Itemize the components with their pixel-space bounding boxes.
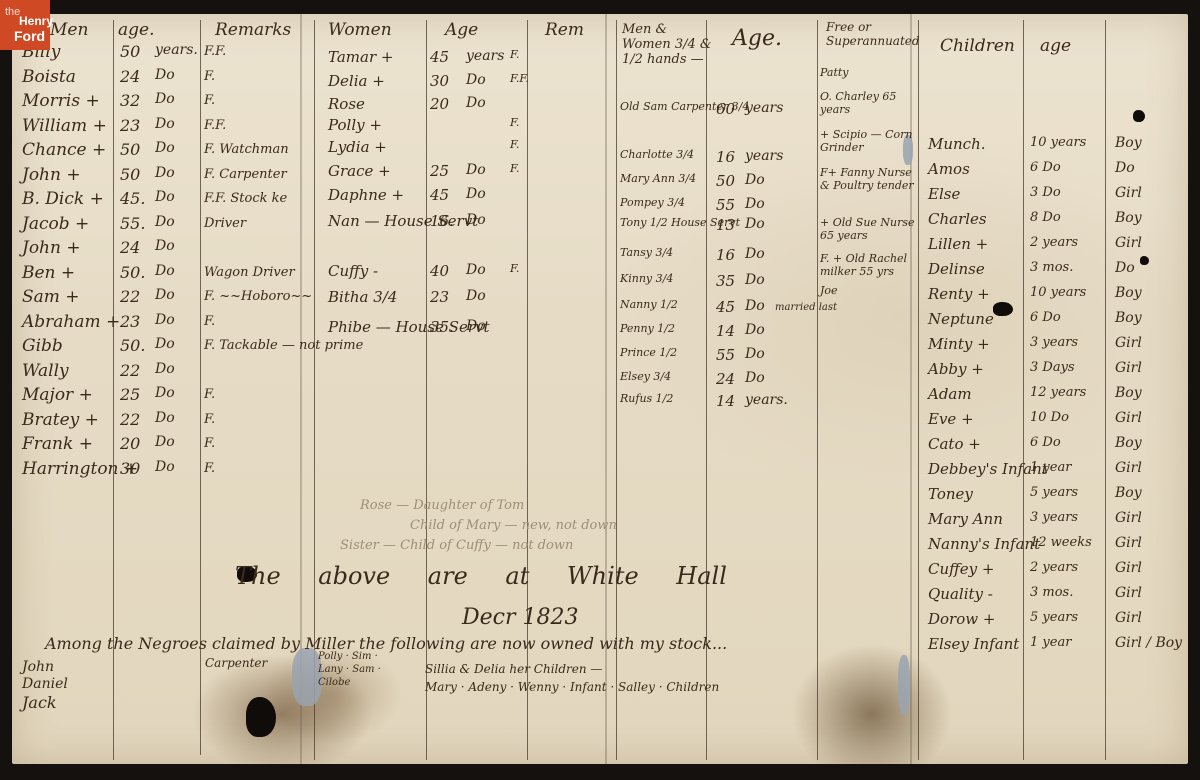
child-age: 3 Do <box>1030 185 1061 200</box>
child-sex: Boy <box>1115 310 1142 326</box>
man-name: Frank + <box>22 434 93 454</box>
logo-the: the <box>5 6 20 18</box>
man-age-unit: years. <box>155 42 198 58</box>
logo-henry: Henry <box>19 14 53 28</box>
woman-name: Delia + <box>328 72 385 90</box>
superannuated-header: Free or Superannuated <box>826 20 916 48</box>
man-name: Wally <box>22 361 69 381</box>
woman-age-unit: Do <box>466 288 486 304</box>
woman-name: Grace + <box>328 162 391 180</box>
superannuated-entry: Patty <box>820 66 915 79</box>
man-name: Morris + <box>22 91 100 111</box>
man-age-unit: Do <box>155 434 175 450</box>
man-age: 50 <box>120 165 140 184</box>
child-name: Neptune <box>928 310 994 328</box>
woman-age-unit: years <box>466 48 504 64</box>
woman-age: 16. <box>430 212 454 230</box>
woman-age: 35. <box>430 318 454 336</box>
man-age-unit: Do <box>155 67 175 83</box>
woman-name: Bitha 3/4 <box>328 288 397 306</box>
man-age: 30 <box>120 459 140 478</box>
men-age-header: age. <box>118 20 154 40</box>
partial-hand-name: Tansy 3/4 <box>620 246 673 259</box>
column-rule <box>817 20 818 760</box>
child-age: 5 years <box>1030 485 1078 500</box>
man-remark: F.F. Stock ke <box>204 191 287 206</box>
partial-hand-name: Rufus 1/2 <box>620 392 673 405</box>
child-name: Cato + <box>928 435 981 453</box>
partial-hand-age: 14 <box>716 392 735 410</box>
child-age: 6 Do <box>1030 435 1061 450</box>
child-sex: Girl <box>1115 235 1142 251</box>
man-remark: F. Tackable — not prime <box>204 338 363 353</box>
paper-hole <box>1133 110 1145 122</box>
child-age: 3 years <box>1030 335 1078 350</box>
man-remark: F. <box>204 93 215 108</box>
partial-hand-age: 13 <box>716 216 735 234</box>
man-age: 23 <box>120 312 140 331</box>
child-age: 5 years <box>1030 610 1078 625</box>
child-name: Mary Ann <box>928 510 1003 528</box>
child-name: Cuffey + <box>928 560 994 578</box>
woman-age-unit: Do <box>466 318 486 334</box>
man-remark: F. Watchman <box>204 142 289 157</box>
child-sex: Do <box>1115 160 1135 176</box>
column-rule <box>1105 20 1106 760</box>
partial-hand-name: Elsey 3/4 <box>620 370 671 383</box>
sillia-line: Sillia & Delia her Children — <box>425 662 602 676</box>
child-sex: Girl <box>1115 535 1142 551</box>
partial-age-header: Age. <box>732 26 782 51</box>
woman-age-unit: Do <box>466 212 486 228</box>
partial-hand-name: Mary Ann 3/4 <box>620 172 696 185</box>
child-sex: Boy <box>1115 485 1142 501</box>
man-age-unit: Do <box>155 287 175 303</box>
child-age: 12 weeks <box>1030 535 1092 550</box>
children-age-header: age <box>1040 36 1071 56</box>
partial-hand-age-unit: Do <box>745 370 765 386</box>
partial-hand-age-unit: Do <box>745 322 765 338</box>
child-name: Toney <box>928 485 973 503</box>
children-line: Mary · Adeny · Wenny · Infant · Salley ·… <box>425 680 719 694</box>
paper-hole <box>1140 256 1149 265</box>
partial-hand-age: 50 <box>716 172 735 190</box>
claim-name: Jack <box>22 693 57 712</box>
child-name: Else <box>928 185 960 203</box>
man-name: William + <box>22 116 107 136</box>
column-rule <box>918 20 919 760</box>
logo-ford: Ford <box>14 28 45 44</box>
woman-name: Polly + <box>328 116 382 134</box>
partial-hand-name: Penny 1/2 <box>620 322 675 335</box>
child-sex: Do <box>1115 260 1135 276</box>
child-sex: Girl <box>1115 610 1142 626</box>
partial-hand-name: Pompey 3/4 <box>620 196 685 209</box>
woman-remark: F. <box>510 162 519 175</box>
woman-remark: F.F. <box>510 72 529 85</box>
location-line: The above are at White Hall <box>235 562 727 590</box>
child-age: 10 years <box>1030 285 1086 300</box>
partial-hand-age-unit: Do <box>745 346 765 362</box>
partial-hand-age: 16 <box>716 148 735 166</box>
partial-hand-age-unit: years <box>745 100 783 116</box>
child-name: Abby + <box>928 360 984 378</box>
superannuated-entry: O. Charley 65 years <box>820 90 915 116</box>
partial-hand-name: Nanny 1/2 <box>620 298 678 311</box>
child-age: 3 mos. <box>1030 260 1073 275</box>
paper-repair <box>898 655 910 715</box>
man-age: 20 <box>120 434 140 453</box>
date-line: Decr 1823 <box>462 605 578 630</box>
partial-hand-name: Kinny 3/4 <box>620 272 673 285</box>
child-name: Dorow + <box>928 610 995 628</box>
woman-name: Cuffy - <box>328 262 378 280</box>
column-rule <box>1023 20 1024 760</box>
superannuated-entry: + Old Sue Nurse 65 years <box>820 216 915 242</box>
child-name: Minty + <box>928 335 990 353</box>
woman-age-unit: Do <box>466 95 486 111</box>
man-age: 22 <box>120 287 140 306</box>
man-age: 50 <box>120 140 140 159</box>
child-sex: Boy <box>1115 285 1142 301</box>
man-age: 24 <box>120 67 140 86</box>
child-age: 6 Do <box>1030 310 1061 325</box>
man-name: Bratey + <box>22 410 99 430</box>
paper-hole <box>246 697 276 737</box>
partial-hands-header: Men & Women 3/4 & 1/2 hands — <box>622 22 712 67</box>
woman-age: 40 <box>430 262 449 280</box>
man-age: 22 <box>120 410 140 429</box>
man-age-unit: Do <box>155 312 175 328</box>
child-name: Elsey Infant <box>928 635 1019 653</box>
woman-age: 45 <box>430 186 449 204</box>
child-name: Nanny's Infant <box>928 535 1040 553</box>
child-sex: Girl <box>1115 185 1142 201</box>
man-age-unit: Do <box>155 361 175 377</box>
partial-hand-age: 16 <box>716 246 735 264</box>
women-remarks-header: Rem <box>545 20 584 40</box>
child-sex: Girl <box>1115 560 1142 576</box>
man-age: 55. <box>120 214 145 233</box>
man-remark: F. <box>204 461 215 476</box>
man-age-unit: Do <box>155 165 175 181</box>
man-age-unit: Do <box>155 91 175 107</box>
child-age: 12 years <box>1030 385 1086 400</box>
child-name: Munch. <box>928 135 986 153</box>
man-name: Abraham + <box>22 312 120 332</box>
man-name: Boista <box>22 67 76 87</box>
child-name: Eve + <box>928 410 974 428</box>
partial-hand-age-unit: Do <box>745 298 765 314</box>
man-remark: F. <box>204 436 215 451</box>
man-name: Gibb <box>22 336 63 356</box>
child-name: Quality - <box>928 585 993 603</box>
fold-line <box>910 14 912 764</box>
child-sex: Girl <box>1115 460 1142 476</box>
faint-note: Child of Mary — new, not down <box>410 518 617 533</box>
man-age-unit: Do <box>155 336 175 352</box>
man-name: Chance + <box>22 140 106 160</box>
partial-hand-age-unit: Do <box>745 172 765 188</box>
child-name: Delinse <box>928 260 985 278</box>
women-header: Women <box>328 20 392 40</box>
woman-age: 23 <box>430 288 449 306</box>
superannuated-entry: F. + Old Rachel milker 55 yrs <box>820 252 915 278</box>
partial-hand-age-unit: Do <box>745 196 765 212</box>
woman-name: Rose <box>328 95 365 113</box>
woman-name: Nan — House Servt <box>328 212 478 230</box>
man-name: John + <box>22 165 81 185</box>
child-name: Renty + <box>928 285 990 303</box>
woman-remark: F. <box>510 262 519 275</box>
child-sex: Girl <box>1115 360 1142 376</box>
man-age: 50 <box>120 42 140 61</box>
man-remark: F. <box>204 387 215 402</box>
partial-hand-age: 24 <box>716 370 735 388</box>
child-sex: Girl <box>1115 335 1142 351</box>
superannuated-entry: F+ Fanny Nurse & Poultry tender <box>820 166 915 192</box>
partial-hand-age-unit: years. <box>745 392 788 408</box>
man-remark: F.F. <box>204 118 226 133</box>
man-age: 23 <box>120 116 140 135</box>
child-age: 8 Do <box>1030 210 1061 225</box>
women-age-header: Age <box>445 20 478 40</box>
partial-hand-age-unit: Do <box>745 246 765 262</box>
child-name: Amos <box>928 160 970 178</box>
man-age-unit: Do <box>155 189 175 205</box>
partial-hand-age-unit: years <box>745 148 783 164</box>
man-name: Ben + <box>22 263 75 283</box>
carpenter-note: Carpenter <box>205 656 267 670</box>
child-name: Lillen + <box>928 235 988 253</box>
man-age-unit: Do <box>155 116 175 132</box>
man-remark: Driver <box>204 216 246 231</box>
man-remark: F. ~~Hoboro~~ <box>204 289 312 304</box>
woman-age: 30 <box>430 72 449 90</box>
superannuated-entry: + Scipio — Corn Grinder <box>820 128 915 154</box>
man-age: 22 <box>120 361 140 380</box>
faint-note: Rose — Daughter of Tom <box>360 498 524 513</box>
woman-remark: F. <box>510 48 519 61</box>
man-name: Jacob + <box>22 214 89 234</box>
man-age: 45. <box>120 189 145 208</box>
child-sex: Girl <box>1115 585 1142 601</box>
man-name: Sam + <box>22 287 80 307</box>
child-sex: Boy <box>1115 210 1142 226</box>
woman-age: 45 <box>430 48 449 66</box>
man-age-unit: Do <box>155 410 175 426</box>
man-age-unit: Do <box>155 385 175 401</box>
child-age: 3 Days <box>1030 360 1075 375</box>
child-age: 10 Do <box>1030 410 1069 425</box>
partial-hand-name: Charlotte 3/4 <box>620 148 694 161</box>
henry-ford-logo[interactable]: the Henry Ford <box>0 0 50 50</box>
partial-hand-age-unit: Do <box>745 272 765 288</box>
partial-hand-name: Prince 1/2 <box>620 346 677 359</box>
child-name: Adam <box>928 385 972 403</box>
man-age-unit: Do <box>155 238 175 254</box>
woman-name: Daphne + <box>328 186 404 204</box>
child-sex: Girl / Boy <box>1115 635 1182 651</box>
woman-remark: F. <box>510 116 519 129</box>
children-header: Children <box>940 36 1015 56</box>
claim-name: John <box>22 659 54 675</box>
men-remarks-header: Remarks <box>215 20 291 40</box>
men-header: Men <box>50 20 88 40</box>
child-age: 1 year <box>1030 635 1071 650</box>
woman-age: 20 <box>430 95 449 113</box>
man-name: Major + <box>22 385 93 405</box>
woman-name: Lydia + <box>328 138 387 156</box>
claim-name: Daniel <box>22 676 68 692</box>
child-sex: Boy <box>1115 435 1142 451</box>
man-remark: F. Carpenter <box>204 167 287 182</box>
woman-age-unit: Do <box>466 72 486 88</box>
woman-age-unit: Do <box>466 162 486 178</box>
woman-age-unit: Do <box>466 186 486 202</box>
child-age: 2 years <box>1030 235 1078 250</box>
faint-note: Sister — Child of Cuffy — not down <box>340 538 573 553</box>
polly-list: Polly · Sim · Lany · Sam · Cilobe <box>318 650 398 689</box>
partial-hand-age: 45 <box>716 298 735 316</box>
child-age: 3 years <box>1030 510 1078 525</box>
man-age-unit: Do <box>155 140 175 156</box>
man-remark: F. <box>204 314 215 329</box>
partial-hand-age: 55 <box>716 346 735 364</box>
man-age: 25 <box>120 385 140 404</box>
partial-hand-remark: married last <box>775 302 837 313</box>
partial-hand-age: 14 <box>716 322 735 340</box>
man-age: 24 <box>120 238 140 257</box>
man-age-unit: Do <box>155 214 175 230</box>
man-remark: F.F. <box>204 44 226 59</box>
child-age: 2 years <box>1030 560 1078 575</box>
man-remark: F. <box>204 69 215 84</box>
superannuated-entry: Joe <box>820 284 915 297</box>
man-name: John + <box>22 238 81 258</box>
child-age: 6 Do <box>1030 160 1061 175</box>
woman-remark: F. <box>510 138 519 151</box>
man-age-unit: Do <box>155 459 175 475</box>
woman-age-unit: Do <box>466 262 486 278</box>
partial-hand-age: 55 <box>716 196 735 214</box>
partial-hand-age: 60 <box>716 100 735 118</box>
man-age-unit: Do <box>155 263 175 279</box>
paper-hole <box>993 302 1013 316</box>
partial-hand-age-unit: Do <box>745 216 765 232</box>
child-sex: Boy <box>1115 135 1142 151</box>
man-remark: Wagon Driver <box>204 265 295 280</box>
woman-name: Tamar + <box>328 48 393 66</box>
woman-age: 25 <box>430 162 449 180</box>
child-sex: Girl <box>1115 510 1142 526</box>
man-age: 32 <box>120 91 140 110</box>
child-age: 1 year <box>1030 460 1071 475</box>
man-remark: F. <box>204 412 215 427</box>
child-age: 3 mos. <box>1030 585 1073 600</box>
man-age: 50. <box>120 263 145 282</box>
partial-hand-age: 35 <box>716 272 735 290</box>
child-sex: Boy <box>1115 385 1142 401</box>
child-name: Charles <box>928 210 987 228</box>
man-name: B. Dick + <box>22 189 104 209</box>
child-age: 10 years <box>1030 135 1086 150</box>
child-sex: Girl <box>1115 410 1142 426</box>
man-age: 50. <box>120 336 145 355</box>
